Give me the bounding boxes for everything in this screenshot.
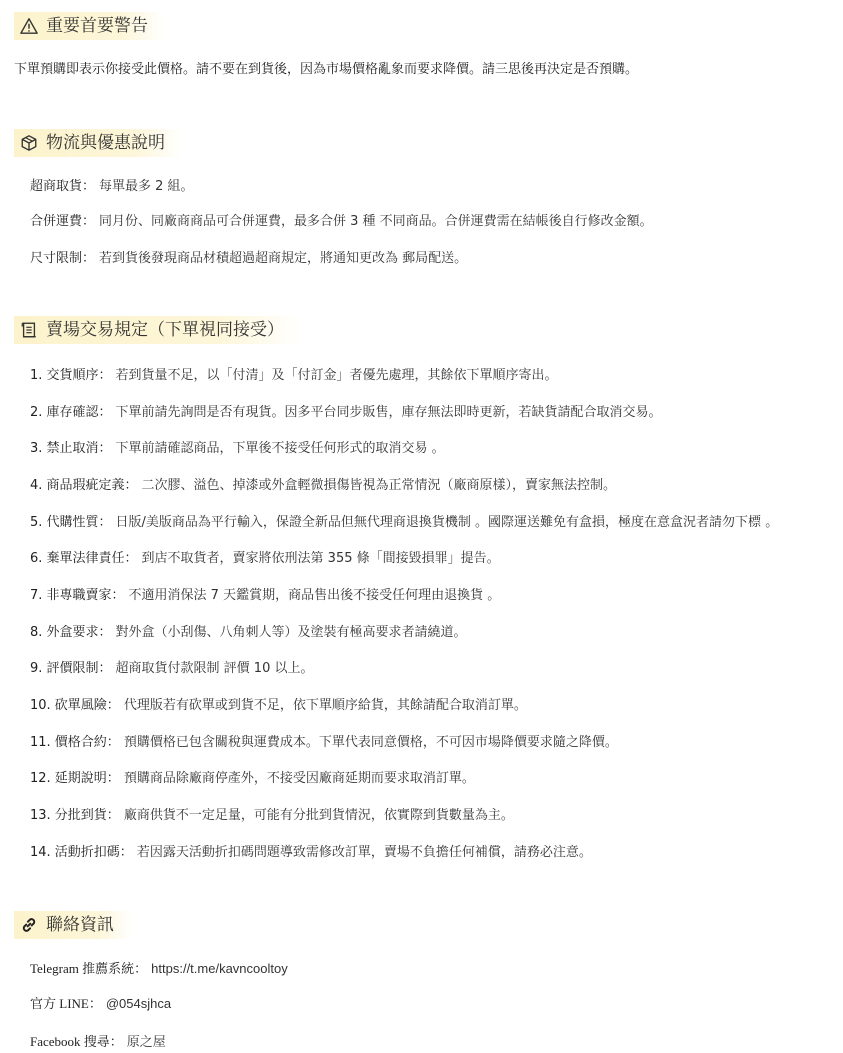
rules-heading: 賣場交易規定（下單視同接受） — [14, 316, 302, 344]
rule-item: 14. 活動折扣碼：若因露天活動折扣碼問題導致需修改訂單，賣場不負擔任何補償，請… — [30, 841, 592, 860]
rule-item: 10. 砍單風險：代理版若有砍單或到貨不足，依下單順序給貨，其餘請配合取消訂單。 — [30, 694, 527, 713]
logistics-item: 超商取貨：每單最多 2 組。 — [30, 175, 194, 194]
rule-item: 4. 商品瑕疵定義：二次膠、溢色、掉漆或外盒輕微損傷皆視為正常情況（廠商原樣），… — [30, 474, 616, 493]
rule-item: 1. 交貨順序：若到貨量不足，以「付清」及「付訂金」者優先處理，其餘依下單順序寄… — [30, 364, 558, 383]
warning-text: 下單預購即表示你接受此價格。請不要在到貨後，因為市場價格亂象而要求降價。請三思後… — [14, 58, 638, 77]
warning-title: 重要首要警告 — [46, 12, 148, 40]
facebook-name: 原之屋 — [127, 1035, 166, 1050]
contact-facebook: Facebook 搜尋：原之屋 — [30, 1031, 166, 1050]
contact-line: 官方 LINE：@054sjhca — [30, 993, 171, 1012]
contact-heading: 聯絡資訊 — [14, 911, 132, 939]
telegram-link[interactable]: https://t.me/kavncooltoy — [151, 961, 288, 976]
logistics-heading: 物流與優惠說明 — [14, 129, 183, 157]
rule-item: 9. 評價限制：超商取貨付款限制 評價 10 以上。 — [30, 657, 314, 676]
link-icon — [18, 914, 40, 936]
logistics-item: 尺寸限制：若到貨後發現商品材積超過超商規定，將通知更改為 郵局配送。 — [30, 247, 467, 266]
rules-title: 賣場交易規定（下單視同接受） — [46, 316, 284, 344]
warning-heading: 重要首要警告 — [14, 12, 166, 40]
rule-item: 3. 禁止取消：下單前請確認商品，下單後不接受任何形式的取消交易 。 — [30, 437, 445, 456]
rule-item: 7. 非專職賣家：不適用消保法 7 天鑑賞期，商品售出後不接受任何理由退換貨 。 — [30, 584, 500, 603]
rule-item: 8. 外盒要求：對外盒（小刮傷、八角刺人等）及塗裝有極高要求者請繞道。 — [30, 621, 467, 640]
logistics-item: 合併運費：同月份、同廠商商品可合併運費，最多合併 3 種 不同商品。合併運費需在… — [30, 210, 653, 229]
rule-item: 13. 分批到貨：廠商供貨不一定足量，可能有分批到貨情況，依實際到貨數量為主。 — [30, 804, 514, 823]
rule-item: 11. 價格合約：預購價格已包含關稅與運費成本。下單代表同意價格，不可因市場降價… — [30, 731, 618, 750]
warning-triangle-icon — [18, 15, 40, 37]
rule-item: 6. 棄單法律責任：到店不取貨者，賣家將依刑法第 355 條「間接毀損罪」提告。 — [30, 547, 500, 566]
rule-item: 5. 代購性質：日版/美版商品為平行輸入，保證全新品但無代理商退換貨機制 。國際… — [30, 511, 778, 530]
logistics-title: 物流與優惠說明 — [46, 129, 165, 157]
contact-telegram: Telegram 推薦系統：https://t.me/kavncooltoy — [30, 958, 288, 977]
contact-title: 聯絡資訊 — [46, 911, 114, 939]
package-icon — [18, 132, 40, 154]
rule-item: 2. 庫存確認：下單前請先詢問是否有現貨。因多平台同步販售，庫存無法即時更新，若… — [30, 401, 662, 420]
line-id: @054sjhca — [106, 996, 171, 1011]
rule-item: 12. 延期說明：預購商品除廠商停產外，不接受因廠商延期而要求取消訂單。 — [30, 767, 475, 786]
scroll-icon — [18, 319, 40, 341]
